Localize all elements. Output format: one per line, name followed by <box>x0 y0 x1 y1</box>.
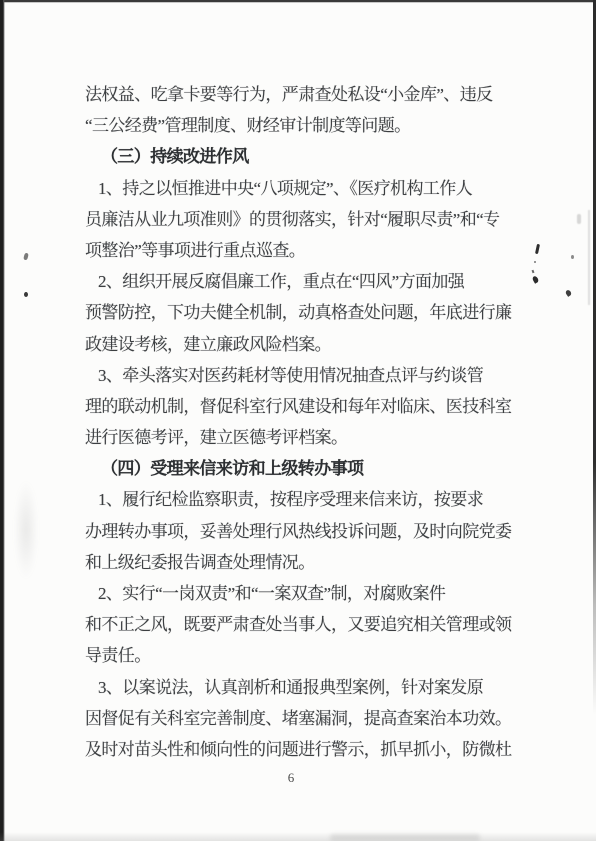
scanned-page: 法权益、吃拿卡要等行为，严肃查处私设“小金库”、违反 “三公经费”管理制度、财经… <box>0 0 596 841</box>
ink-speck <box>534 261 536 263</box>
scan-shadow-patch <box>330 834 480 841</box>
scan-artifact-line <box>588 210 590 305</box>
text-line: 项整治”等事项进行重点巡查。 <box>85 235 525 266</box>
text-line: 和上级纪委报告调查处理情况。 <box>85 547 525 578</box>
ink-speck <box>23 253 29 261</box>
scan-edge-left <box>0 0 5 841</box>
section-heading: （四）受理来信来访和上级转办事项 <box>85 453 525 484</box>
text-line: 2、组织开展反腐倡廉工作，重点在“四风”方面加强 <box>85 266 525 297</box>
text-line: 1、履行纪检监察职责，按程序受理来信来访，按要求 <box>85 484 525 515</box>
text-line: “三公经费”管理制度、财经审计制度等问题。 <box>85 110 525 141</box>
ink-speck <box>565 289 573 297</box>
section-heading: （三）持续改进作风 <box>85 141 525 172</box>
text-line: 因督促有关科室完善制度、堵塞漏洞，提高查案治本功效。 <box>85 703 525 734</box>
text-line: 法权益、吃拿卡要等行为，严肃查处私设“小金库”、违反 <box>85 79 525 110</box>
scan-edge-bottom <box>0 832 596 841</box>
document-body: 法权益、吃拿卡要等行为，严肃查处私设“小金库”、违反 “三公经费”管理制度、财经… <box>85 79 525 765</box>
scan-edge-top <box>0 0 596 3</box>
ink-speck <box>532 270 535 274</box>
text-line: 员廉洁从业九项准则》的贯彻落实，针对“履职尽责”和“专 <box>85 204 525 235</box>
text-line: 及时对苗头性和倾向性的问题进行警示，抓早抓小，防微杜 <box>85 734 525 765</box>
scan-smudge <box>14 480 38 580</box>
ink-speck <box>577 214 581 224</box>
text-line: 3、以案说法，认真剖析和通报典型案例，针对案发原 <box>85 672 525 703</box>
ink-speck <box>532 275 540 284</box>
ink-speck <box>535 244 540 254</box>
text-line: 进行医德考评，建立医德考评档案。 <box>85 422 525 453</box>
text-line: 1、持之以恒推进中央“八项规定”、《医疗机构工作人 <box>85 173 525 204</box>
text-line: 3、牵头落实对医药耗材等使用情况抽查点评与约谈管 <box>85 360 525 391</box>
text-line: 办理转办事项，妥善处理行风热线投诉问题，及时向院党委 <box>85 516 525 547</box>
text-line: 政建设考核，建立廉政风险档案。 <box>85 329 525 360</box>
ink-speck <box>571 255 574 259</box>
text-line: 和不正之风，既要严肃查处当事人，又要追究相关管理或领 <box>85 609 525 640</box>
page-number: 6 <box>283 770 299 786</box>
text-line: 理的联动机制，督促科室行风建设和每年对临床、医技科室 <box>85 391 525 422</box>
text-line: 预警防控，下功夫健全机制，动真格查处问题，年底进行廉 <box>85 297 525 328</box>
ink-speck <box>24 292 28 297</box>
text-line: 导责任。 <box>85 640 525 671</box>
text-line: 2、实行“一岗双责”和“一案双查”制，对腐败案件 <box>85 578 525 609</box>
